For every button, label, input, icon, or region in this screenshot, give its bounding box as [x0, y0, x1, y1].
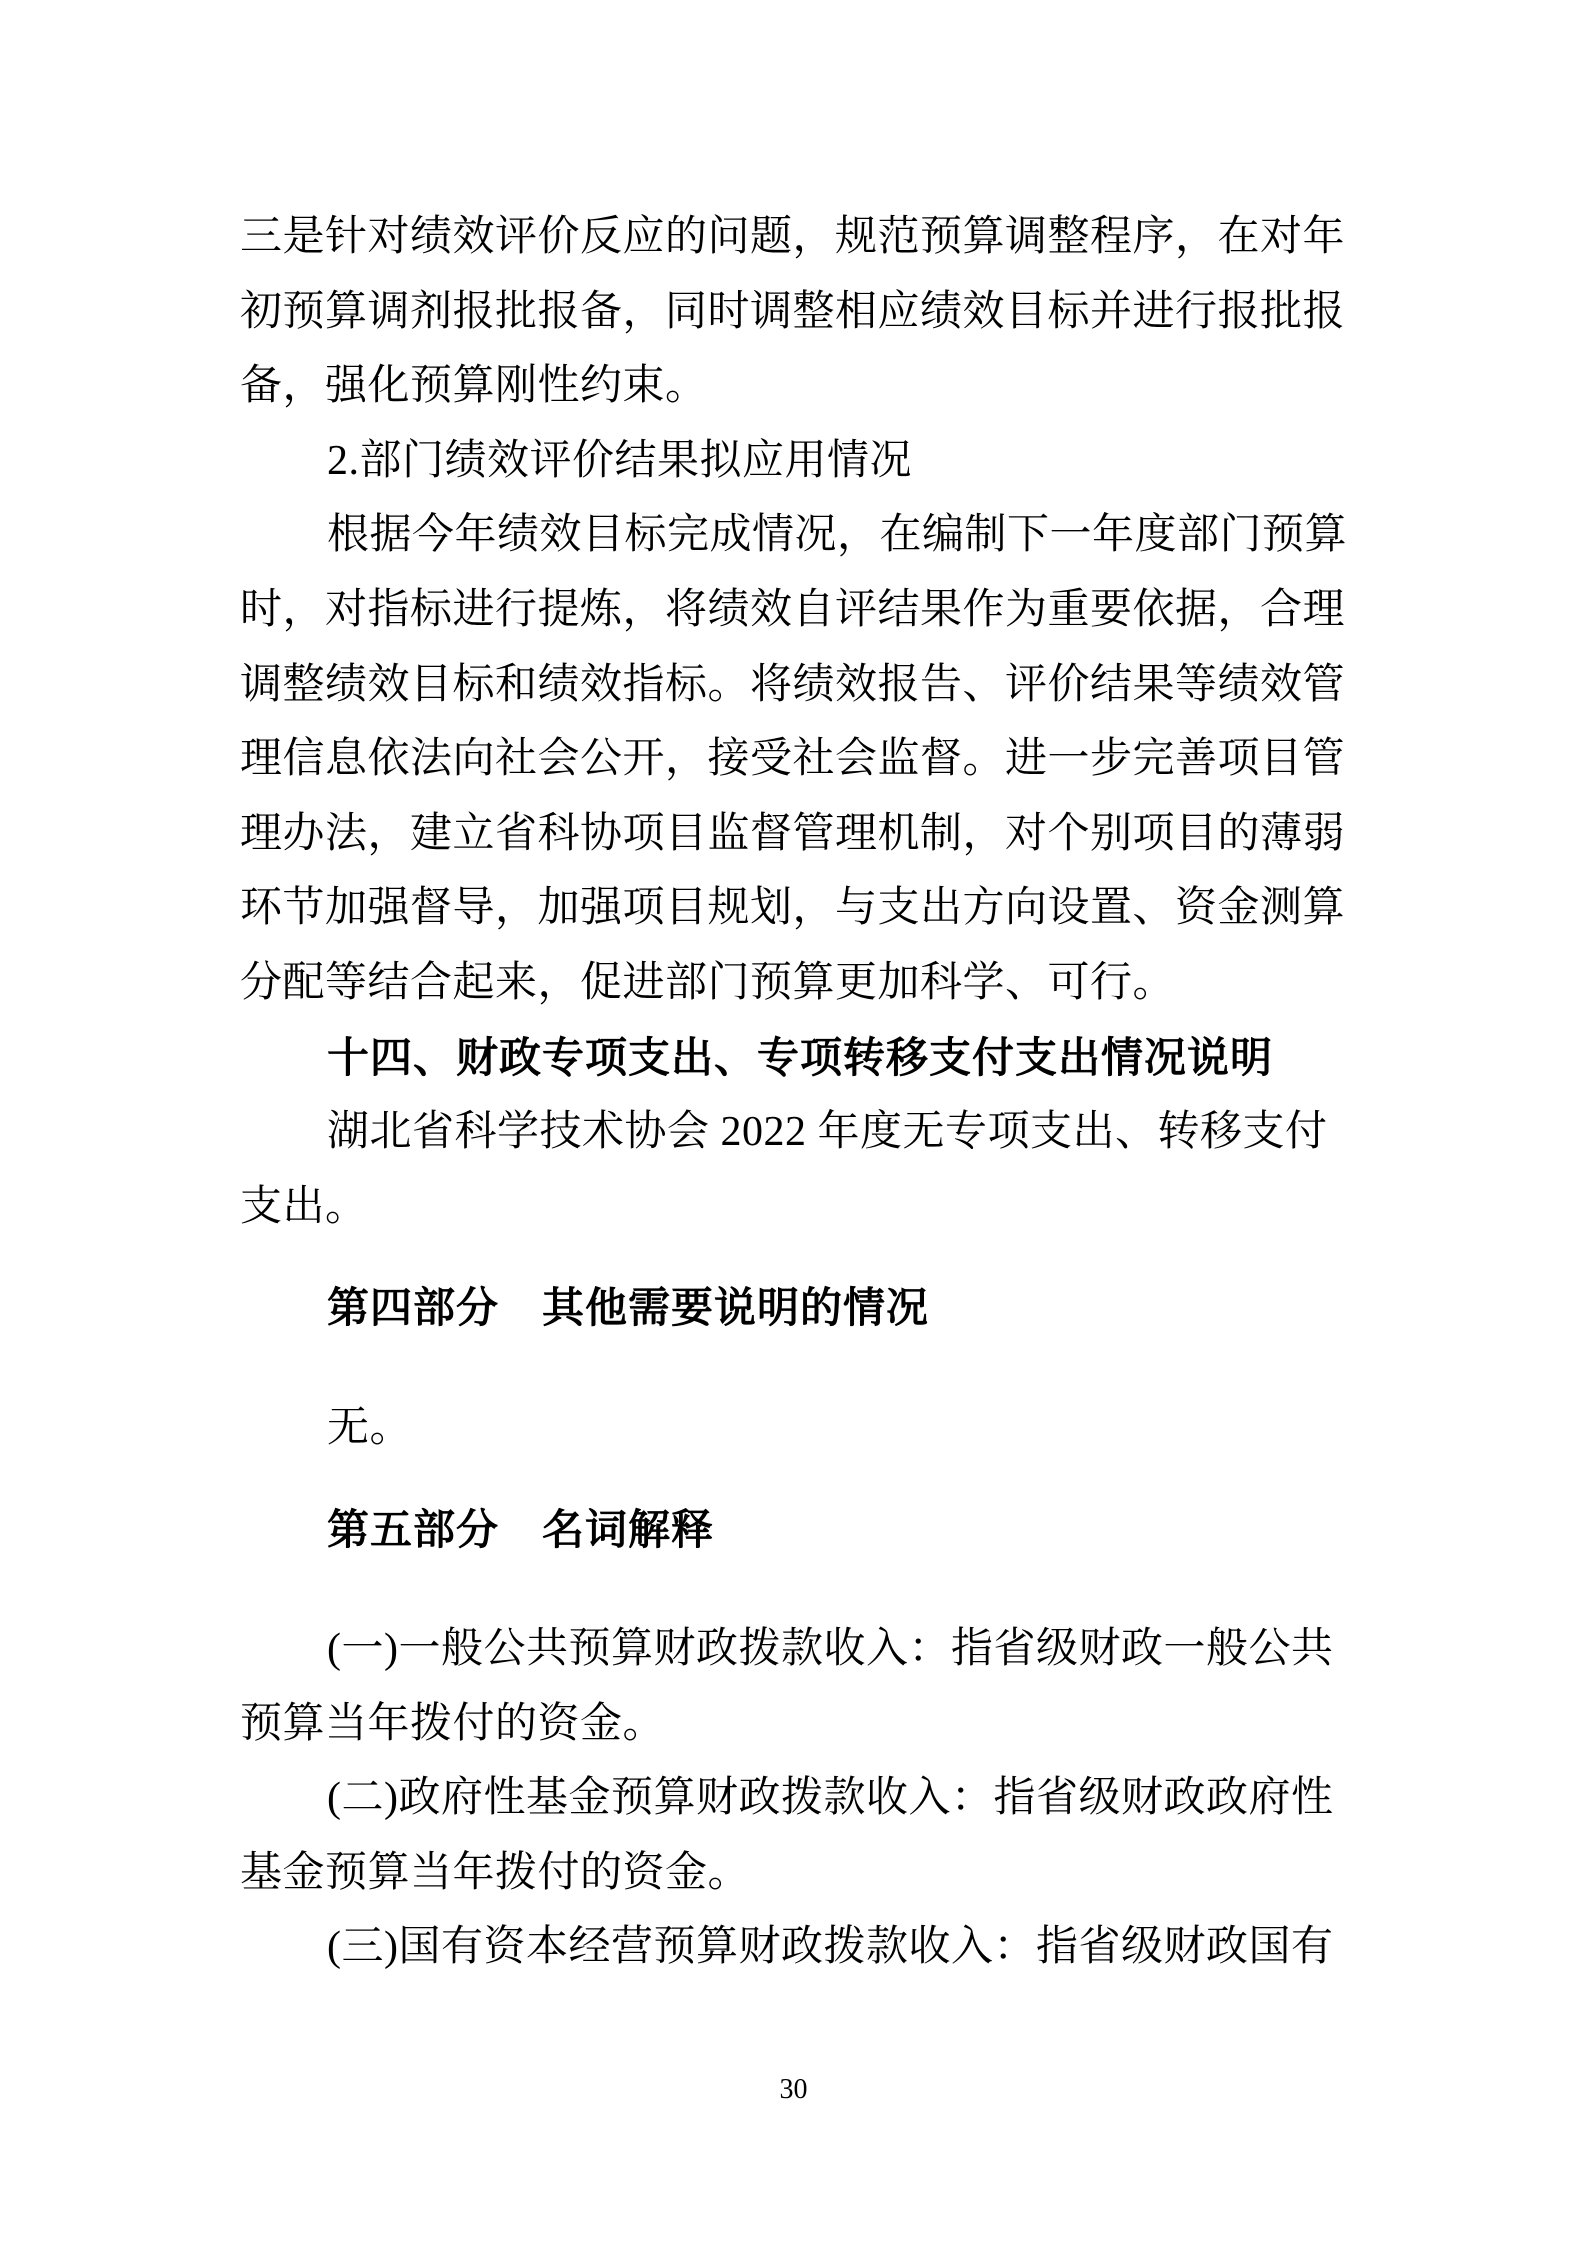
- body-line: 理办法，建立省科协项目监督管理机制，对个别项目的薄弱: [240, 797, 1347, 872]
- part-four-heading: 第四部分 其他需要说明的情况: [240, 1271, 1347, 1346]
- body-line: 根据今年绩效目标完成情况，在编制下一年度部门预算: [240, 498, 1347, 573]
- body-line: 理信息依法向社会公开，接受社会监督。进一步完善项目管: [240, 722, 1347, 797]
- body-line: 分配等结合起来，促进部门预算更加科学、可行。: [240, 946, 1347, 1021]
- text-body: 三是针对绩效评价反应的问题，规范预算调整程序，在对年 初预算调剂报批报备，同时调…: [240, 200, 1347, 1985]
- document-page: 三是针对绩效评价反应的问题，规范预算调整程序，在对年 初预算调剂报批报备，同时调…: [0, 0, 1587, 2245]
- definition-line-2-cont: 基金预算当年拨付的资金。: [240, 1836, 1347, 1911]
- definition-line-3: (三)国有资本经营预算财政拨款收入：指省级财政国有: [240, 1910, 1347, 1985]
- section-heading-fourteen: 十四、财政专项支出、专项转移支付支出情况说明: [240, 1021, 1347, 1096]
- body-line-none: 无。: [240, 1391, 1347, 1466]
- body-line: 调整绩效目标和绩效指标。将绩效报告、评价结果等绩效管: [240, 648, 1347, 723]
- body-line: 初预算调剂报批报备，同时调整相应绩效目标并进行报批报: [240, 275, 1347, 350]
- body-line: 环节加强督导，加强项目规划，与支出方向设置、资金测算: [240, 871, 1347, 946]
- body-line: 三是针对绩效评价反应的问题，规范预算调整程序，在对年: [240, 200, 1347, 275]
- part-five-heading: 第五部分 名词解释: [240, 1493, 1347, 1568]
- body-line: 支出。: [240, 1170, 1347, 1245]
- definition-line-1: (一)一般公共预算财政拨款收入：指省级财政一般公共: [240, 1612, 1347, 1687]
- definition-line-1-cont: 预算当年拨付的资金。: [240, 1687, 1347, 1762]
- page-number: 30: [0, 2072, 1587, 2108]
- definition-line-2: (二)政府性基金预算财政拨款收入：指省级财政政府性: [240, 1761, 1347, 1836]
- body-line-numbered-item: 2.部门绩效评价结果拟应用情况: [240, 424, 1347, 499]
- body-line: 时，对指标进行提炼，将绩效自评结果作为重要依据，合理: [240, 573, 1347, 648]
- body-line: 湖北省科学技术协会 2022 年度无专项支出、转移支付: [240, 1095, 1347, 1170]
- body-line: 备，强化预算刚性约束。: [240, 349, 1347, 424]
